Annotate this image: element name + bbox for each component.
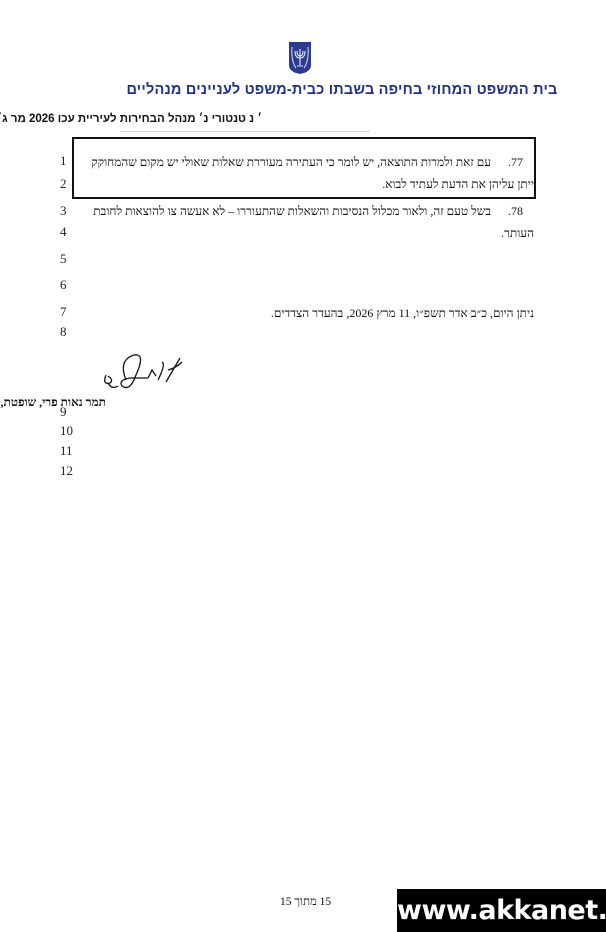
court-name-heading: בית המשפט המחוזי בחיפה בשבתו כבית-משפט ל…	[0, 82, 606, 98]
line-number: 3	[60, 203, 67, 219]
line-number: 7	[60, 304, 67, 320]
line-number: 4	[60, 224, 67, 240]
paragraph-text: בשל טעם זה, ולאור מכלול הנסיבות והשאלות …	[93, 204, 491, 219]
header-divider	[120, 131, 370, 132]
paragraph-text: עם זאת ולמרות התוצאה, יש לומר כי העתירה …	[91, 155, 491, 170]
line-number: 8	[60, 324, 67, 340]
judge-name: תמר נאות פרי, שופטת, סגנית הנשיא	[0, 395, 106, 410]
line-number: 5	[60, 251, 67, 267]
handwritten-signature-icon	[96, 350, 186, 400]
watermark-logo: www.akkanet.net	[397, 889, 606, 932]
line-number: 11	[60, 443, 73, 459]
line-number: 1	[60, 153, 67, 169]
paragraph-number: .78	[508, 204, 523, 219]
line-number: 2	[60, 176, 67, 192]
paragraph-number: .77	[508, 155, 523, 170]
case-title: ׳ נ טנטורי נ׳ מנהל הבחירות לעיריית עכו 2…	[0, 113, 262, 125]
paragraph-text: העותר.	[501, 226, 534, 241]
state-emblem-icon	[288, 41, 312, 75]
line-number: 6	[60, 277, 67, 293]
given-date-text: ניתן היום, כ״ב אדר תשפ״ו, 11 מרץ 2026, ב…	[271, 306, 534, 321]
line-number: 10	[60, 423, 73, 439]
paragraph-text: ייתן עליהן את הדעת לעתיד לבוא.	[382, 177, 534, 192]
page-number: 15 מתוך 15	[280, 896, 331, 908]
line-number: 12	[60, 463, 73, 479]
